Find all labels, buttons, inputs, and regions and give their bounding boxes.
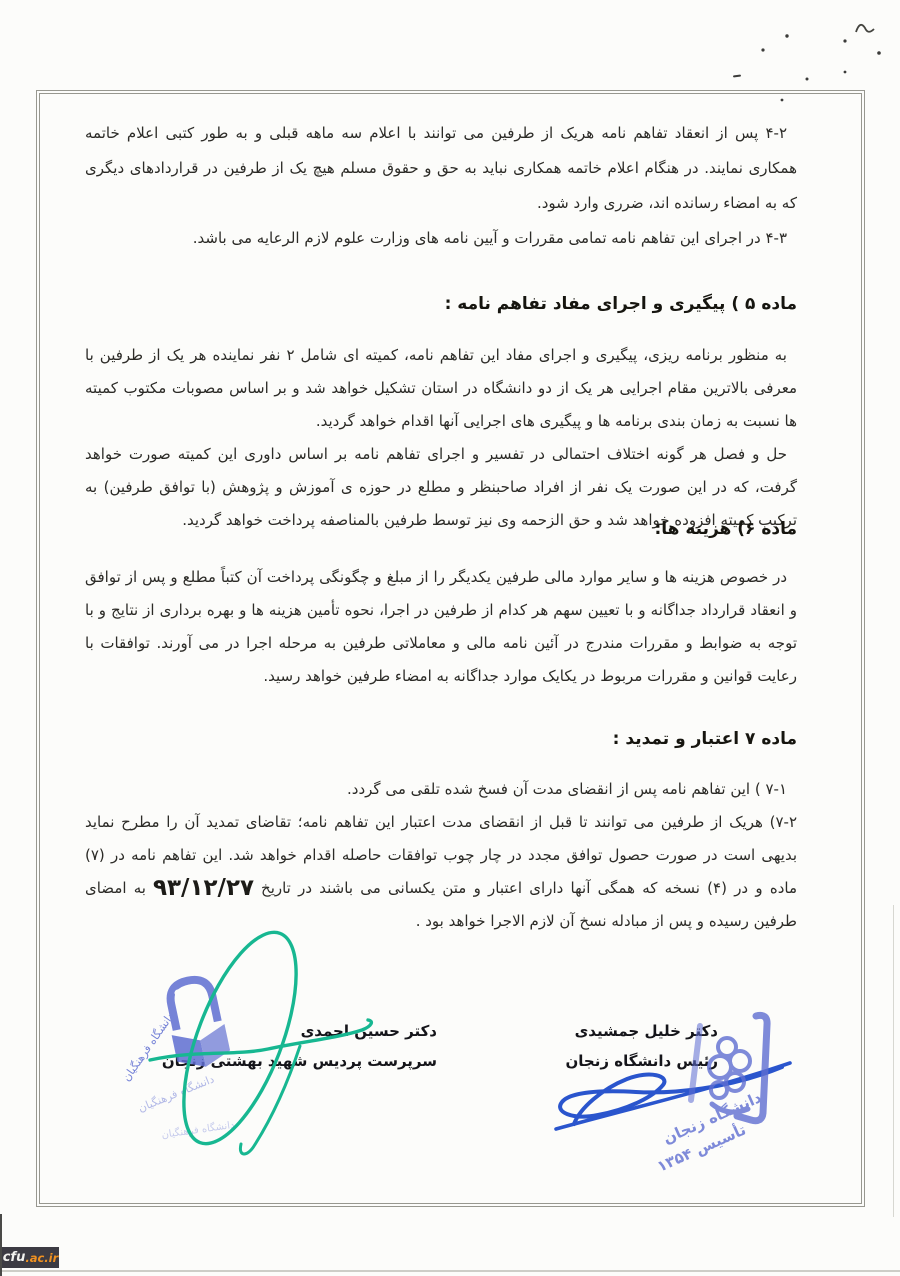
clause-4-3: ۴-۳ در اجرای این تفاهم نامه تمامی مقررات… [85, 221, 797, 256]
signatures-and-stamps-layer: دانشگاه فرهنگیان دانشگاه فرهنگیان دانشگا… [0, 900, 900, 1220]
clause-7-1-block: ۷-۱ ) این تفاهم نامه پس از انقضای مدت آن… [85, 773, 797, 806]
farhangian-university-stamp: دانشگاه فرهنگیان دانشگاه فرهنگیان دانشگا… [120, 975, 235, 1141]
clause-7-1: ۷-۱ ) این تفاهم نامه پس از انقضای مدت آن… [85, 773, 797, 806]
zanjan-university-stamp: دانشگاه زنجان تأسیس ۱۳۵۴ [654, 1015, 767, 1175]
cfu-watermark: cfu.ac.ir [2, 1247, 59, 1268]
scan-right-edge-shadow [893, 905, 894, 1217]
farhangian-stamp-text-blur: دانشگاه فرهنگیان [136, 1072, 216, 1114]
watermark-cfu-text: cfu [3, 1250, 26, 1265]
article-6-heading: ماده ۶) هزینه ها: [85, 517, 797, 541]
watermark-acir-text: .ac.ir [25, 1251, 58, 1265]
article-4-clauses: ۴-۲ پس از انعقاد تفاهم نامه هریک از طرفی… [85, 116, 797, 256]
scanned-agreement-page: { "colors": { "paper": "#fcfcfa", "ink":… [0, 0, 900, 1276]
article-5-body: به منظور برنامه ریزی، پیگیری و اجرای مفا… [85, 339, 797, 537]
scan-bottom-edge-shadow [0, 1270, 900, 1272]
article-5-paragraph-1: به منظور برنامه ریزی، پیگیری و اجرای مفا… [85, 339, 797, 438]
article-7-heading: ماده ۷ اعتبار و تمدید : [85, 727, 797, 751]
clause-4-2: ۴-۲ پس از انعقاد تفاهم نامه هریک از طرفی… [85, 116, 797, 221]
article-6-paragraph: در خصوص هزینه ها و سایر موارد مالی طرفین… [85, 561, 797, 693]
article-5-heading: ماده ۵ ) پیگیری و اجرای مفاد تفاهم نامه … [85, 292, 797, 316]
scan-left-edge-shadow [0, 1214, 2, 1276]
farhangian-stamp-text: دانشگاه فرهنگیان [120, 1010, 177, 1084]
signing-date: ۹۳/۱۲/۲۷ [153, 878, 254, 898]
article-6-body: در خصوص هزینه ها و سایر موارد مالی طرفین… [85, 561, 797, 693]
